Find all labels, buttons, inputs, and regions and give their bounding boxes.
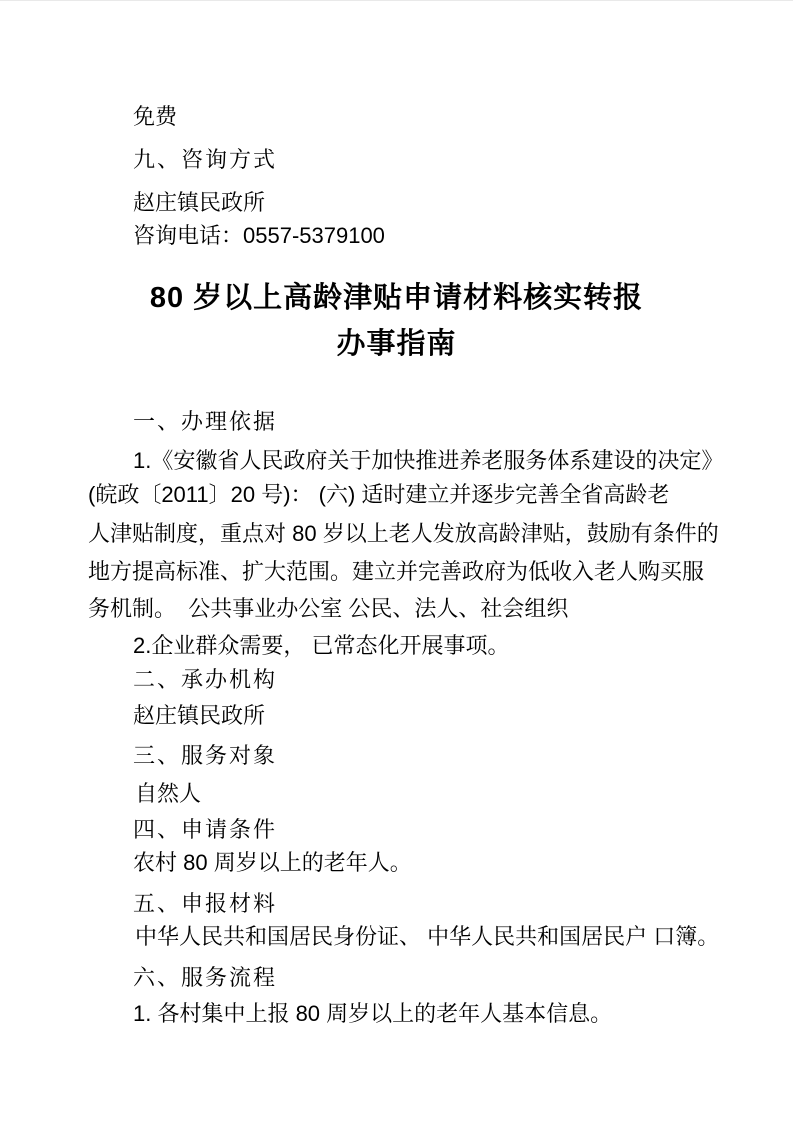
section-heading-basis: 一、办理依据 bbox=[133, 409, 277, 435]
process-step-1: 1. 各村集中上报 80 周岁以上的老年人基本信息。 bbox=[133, 1001, 612, 1027]
page-top-edge-line bbox=[0, 0, 793, 1]
section-heading-conditions: 四、申请条件 bbox=[133, 817, 277, 843]
consult-phone: 咨询电话：0557-5379100 bbox=[133, 223, 385, 249]
materials-body: 中华人民共和国居民身份证、 中华人民共和国居民户 口簿。 bbox=[135, 924, 719, 950]
page-title-line1: 80 岁以上高龄津贴申请材料核实转报 bbox=[0, 281, 793, 315]
document-page: 免费 九、咨询方式 赵庄镇民政所 咨询电话：0557-5379100 80 岁以… bbox=[0, 0, 793, 1122]
basis-line-4: 地方提高标准、扩大范围。建立并完善政府为低收入老人购买服 bbox=[88, 559, 704, 585]
section-heading-consult: 九、咨询方式 bbox=[133, 147, 277, 173]
basis-line-6: 2.企业群众需要， 已常态化开展事项。 bbox=[133, 633, 509, 659]
basis-line-1: 1.《安徽省人民政府关于加快推进养老服务体系建设的决定》 bbox=[133, 448, 723, 474]
target-body: 自然人 bbox=[135, 781, 201, 807]
fee-note: 免费 bbox=[133, 104, 177, 130]
basis-line-3: 人津贴制度，重点对 80 岁以上老人发放高龄津贴，鼓励有条件的 bbox=[88, 521, 719, 547]
conditions-body: 农村 80 周岁以上的老年人。 bbox=[133, 850, 412, 876]
basis-line-2: (皖政〔2011〕20 号)： (六) 适时建立并逐步完善全省高龄老 bbox=[88, 482, 669, 508]
consult-office: 赵庄镇民政所 bbox=[133, 190, 265, 216]
section-heading-target: 三、服务对象 bbox=[133, 743, 277, 769]
agency-body: 赵庄镇民政所 bbox=[133, 703, 265, 729]
section-heading-process: 六、服务流程 bbox=[133, 965, 277, 991]
basis-line-5: 务机制。 公共事业办公室 公民、法人、社会组织 bbox=[88, 596, 568, 622]
section-heading-agency: 二、承办机构 bbox=[133, 667, 277, 693]
page-title-line2: 办事指南 bbox=[0, 327, 793, 361]
section-heading-materials: 五、申报材料 bbox=[133, 891, 277, 917]
